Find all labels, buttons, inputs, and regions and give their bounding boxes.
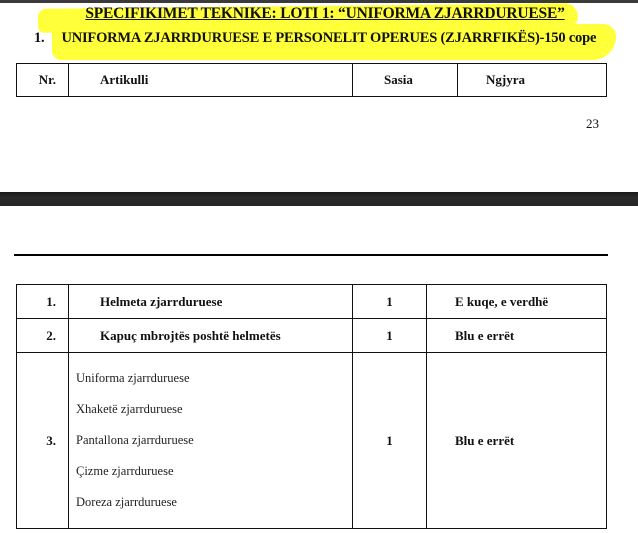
section-number: 1. [34,30,58,47]
table-row: 2. Kapuç mbrojtës poshtë helmetës 1 Blu … [17,319,607,353]
page-title: SPECIFIKIMET TEKNIKE: LOTI 1: “UNIFORMA … [0,5,638,23]
section-heading-text: UNIFORMA ZJARRDURUESE E PERSONELIT OPERU… [61,30,596,46]
spec-table-header: Nr. Artikulli Sasia Ngjyra [16,63,607,97]
section-heading: 1. UNIFORMA ZJARRDURUESE E PERSONELIT OP… [34,30,596,47]
cell-artikulli: Kapuç mbrojtës poshtë helmetës [69,319,353,353]
list-item: Uniforma zjarrduruese [76,363,352,394]
header-nr: Nr. [17,64,69,97]
cell-nr: 2. [17,319,69,353]
table-header-row: Nr. Artikulli Sasia Ngjyra [17,64,607,97]
cell-artikulli: Helmeta zjarrduruese [69,285,353,319]
cell-sasia: 1 [353,319,427,353]
cell-sasia: 1 [353,353,427,529]
cell-nr: 3. [17,353,69,529]
cell-ngjyra: E kuqe, e verdhë [427,285,607,319]
cell-sasia: 1 [353,285,427,319]
header-ngjyra: Ngjyra [458,64,607,97]
header-artikulli: Artikulli [69,64,353,97]
list-item: Çizme zjarrduruese [76,456,352,487]
cell-ngjyra: Blu e errët [427,353,607,529]
list-item: Pantallona zjarrduruese [76,425,352,456]
list-item: Doreza zjarrduruese [76,487,352,518]
list-item: Xhaketë zjarrduruese [76,394,352,425]
page-separator [0,192,638,206]
page-number: 23 [586,116,599,132]
spec-table: 1. Helmeta zjarrduruese 1 E kuqe, e verd… [16,284,607,529]
cell-artikulli-list: Uniforma zjarrduruese Xhaketë zjarrdurue… [69,353,353,529]
table-row: 1. Helmeta zjarrduruese 1 E kuqe, e verd… [17,285,607,319]
header-rule [14,254,608,256]
table-row: 3. Uniforma zjarrduruese Xhaketë zjarrdu… [17,353,607,529]
header-sasia: Sasia [353,64,458,97]
cell-nr: 1. [17,285,69,319]
cell-ngjyra: Blu e errët [427,319,607,353]
